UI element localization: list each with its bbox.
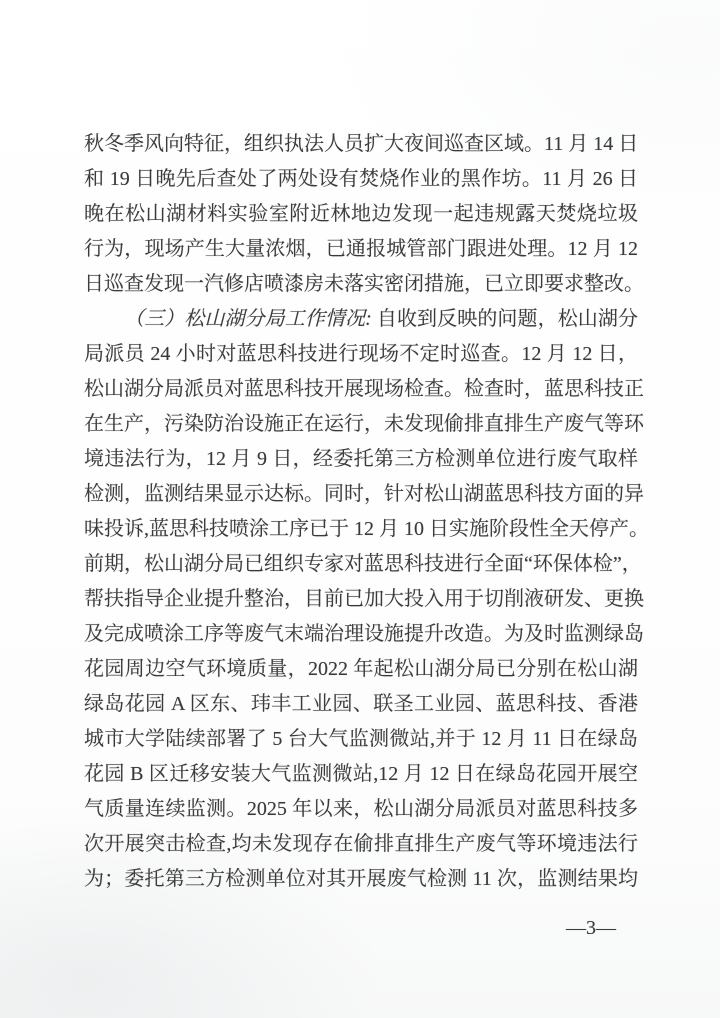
section-heading: （三）松山湖分局工作情况: (124, 308, 372, 330)
text-line: 日巡查发现一汽修店喷漆房未落实密闭措施，已立即要求整改。 (84, 267, 638, 302)
text-line: 花园 B 区迁移安装大气监测微站,12 月 12 日在绿岛花园开展空 (84, 757, 638, 792)
text-line: 晚在松山湖材料实验室附近林地边发现一起违规露天焚烧垃圾 (84, 197, 638, 232)
text-line: 味投诉,蓝思科技喷涂工序已于 12 月 10 日实施阶段性全天停产。 (84, 512, 638, 547)
document-body: 秋冬季风向特征，组织执法人员扩大夜间巡查区域。11 月 14 日 和 19 日晚… (84, 127, 638, 897)
text-line: 次开展突击检查,均未发现存在偷排直排生产废气等环境违法行 (84, 827, 638, 862)
text-line: 松山湖分局派员对蓝思科技开展现场检查。检查时，蓝思科技正 (84, 372, 638, 407)
section-heading-rest: 自收到反映的问题，松山湖分 (372, 308, 638, 330)
text-line: 帮扶指导企业提升整治，目前已加大投入用于切削液研发、更换 (84, 582, 638, 617)
text-line: 为；委托第三方检测单位对其开展废气检测 11 次，监测结果均 (84, 862, 638, 897)
page-number: —3— (566, 916, 626, 940)
text-line: 城市大学陆续部署了 5 台大气监测微站,并于 12 月 11 日在绿岛 (84, 722, 638, 757)
text-line: 境违法行为，12 月 9 日，经委托第三方检测单位进行废气取样 (84, 442, 638, 477)
text-line: 花园周边空气环境质量，2022 年起松山湖分局已分别在松山湖 (84, 652, 638, 687)
text-line: 秋冬季风向特征，组织执法人员扩大夜间巡查区域。11 月 14 日 (84, 127, 638, 162)
text-line: 检测，监测结果显示达标。同时，针对松山湖蓝思科技方面的异 (84, 477, 638, 512)
text-line: 局派员 24 小时对蓝思科技进行现场不定时巡查。12 月 12 日， (84, 337, 638, 372)
text-line: 绿岛花园 A 区东、玮丰工业园、联圣工业园、蓝思科技、香港 (84, 687, 638, 722)
document-page: 秋冬季风向特征，组织执法人员扩大夜间巡查区域。11 月 14 日 和 19 日晚… (0, 0, 720, 1018)
text-line: 前期，松山湖分局已组织专家对蓝思科技进行全面“环保体检”， (84, 547, 638, 582)
text-line: 行为，现场产生大量浓烟，已通报城管部门跟进处理。12 月 12 (84, 232, 638, 267)
section-heading-line: （三）松山湖分局工作情况: 自收到反映的问题，松山湖分 (84, 302, 638, 337)
text-line: 和 19 日晚先后查处了两处设有焚烧作业的黑作坊。11 月 26 日 (84, 162, 638, 197)
text-line: 在生产，污染防治设施正在运行，未发现偷排直排生产废气等环 (84, 407, 638, 442)
text-line: 及完成喷涂工序等废气末端治理设施提升改造。为及时监测绿岛 (84, 617, 638, 652)
text-line: 气质量连续监测。2025 年以来，松山湖分局派员对蓝思科技多 (84, 792, 638, 827)
